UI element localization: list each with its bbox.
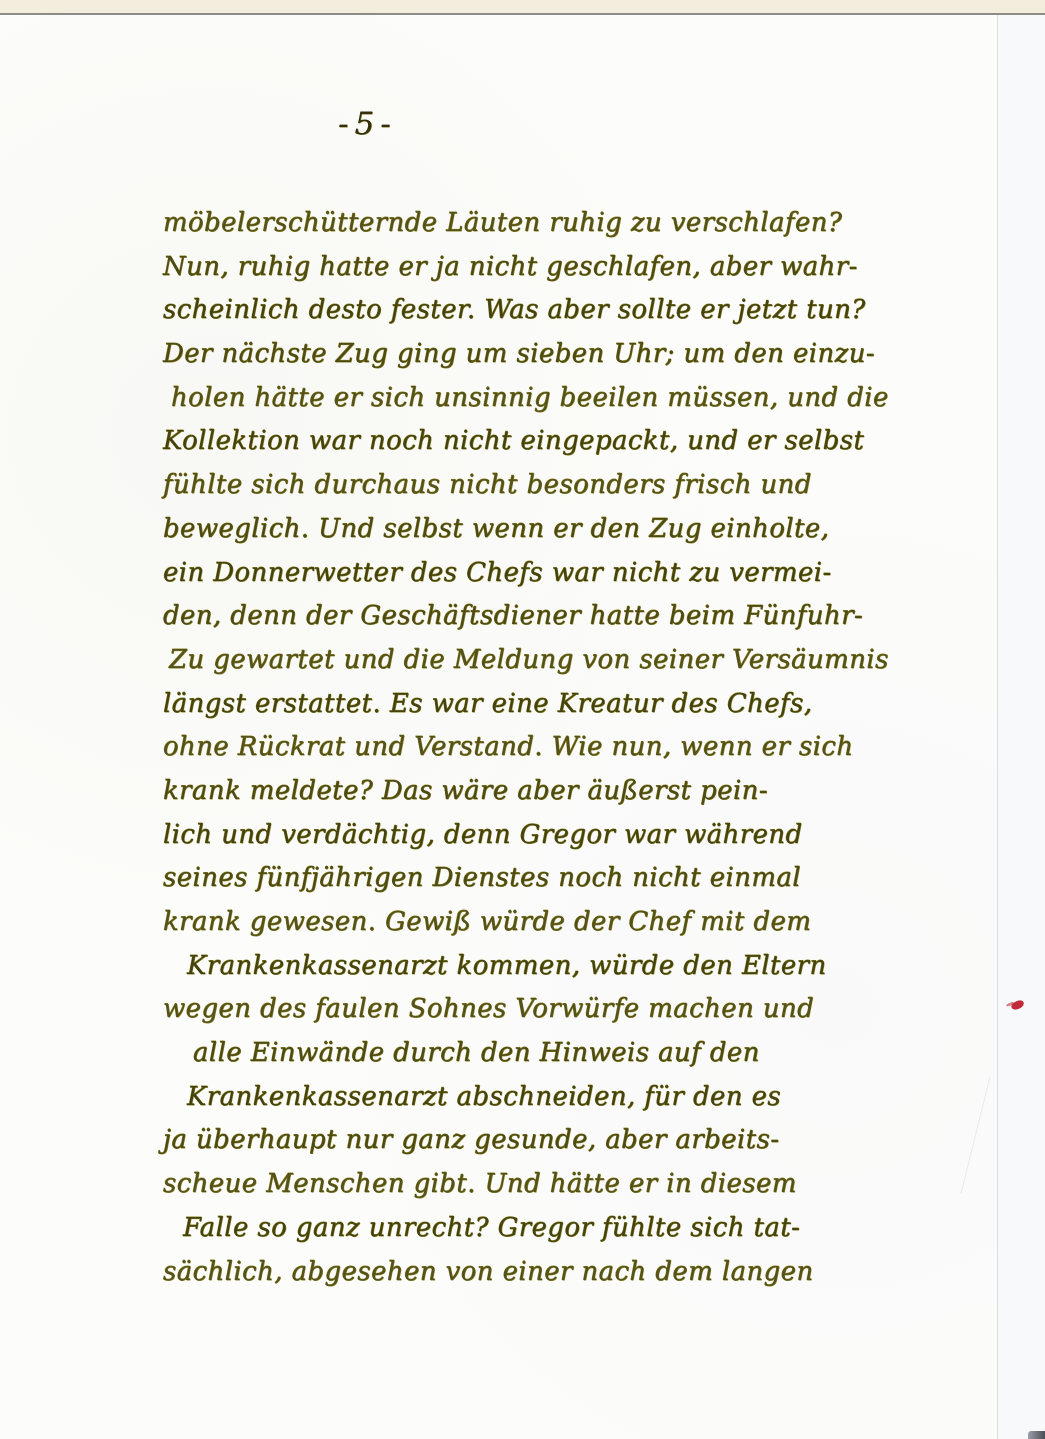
handwritten-line: scheue Menschen gibt. Und hätte er in di… [163, 1163, 868, 1207]
scan-corner-artifact [1028, 1431, 1045, 1439]
paper-right-edge-line [997, 15, 998, 1439]
handwritten-line: längst erstattet. Es war eine Kreatur de… [163, 683, 868, 727]
handwritten-line: Kollektion war noch nicht eingepackt, un… [163, 420, 868, 464]
handwritten-line: Der nächste Zug ging um sieben Uhr; um d… [163, 333, 868, 377]
handwritten-line: lich und verdächtig, denn Gregor war wäh… [163, 814, 868, 858]
handwritten-line: wegen des faulen Sohnes Vorwürfe machen … [163, 988, 868, 1032]
handwritten-line: scheinlich desto fester. Was aber sollte… [163, 289, 868, 333]
handwritten-line: Krankenkassenarzt abschneiden, für den e… [163, 1076, 868, 1120]
page-number: -5- [338, 106, 397, 142]
handwritten-line: holen hätte er sich unsinnig beeilen müs… [163, 377, 868, 421]
handwritten-line: ein Donnerwetter des Chefs war nicht zu … [163, 552, 868, 596]
handwritten-line: beweglich. Und selbst wenn er den Zug ei… [163, 508, 868, 552]
handwritten-text-block: möbelerschütternde Läuten ruhig zu versc… [163, 202, 868, 1294]
scan-top-strip [0, 0, 1045, 13]
handwritten-line: alle Einwände durch den Hinweis auf den [163, 1032, 868, 1076]
handwritten-line: Zu gewartet und die Meldung von seiner V… [163, 639, 868, 683]
handwritten-line: seines fünfjährigen Dienstes noch nicht … [163, 857, 868, 901]
handwritten-line: möbelerschütternde Läuten ruhig zu versc… [163, 202, 868, 246]
paper-speckles [0, 0, 1, 1]
scan-right-margin [998, 15, 1045, 1439]
handwritten-line: krank meldete? Das wäre aber äußerst pei… [163, 770, 868, 814]
scan-top-edge-line [0, 13, 1045, 15]
handwritten-line: ja überhaupt nur ganz gesunde, aber arbe… [163, 1119, 868, 1163]
handwritten-line: ohne Rückrat und Verstand. Wie nun, wenn… [163, 726, 868, 770]
handwritten-line: Falle so ganz unrecht? Gregor fühlte sic… [163, 1207, 868, 1251]
handwritten-line: fühlte sich durchaus nicht besonders fri… [163, 464, 868, 508]
handwritten-line: krank gewesen. Gewiß würde der Chef mit … [163, 901, 868, 945]
handwritten-line: sächlich, abgesehen von einer nach dem l… [163, 1251, 868, 1295]
handwritten-line: den, denn der Geschäftsdiener hatte beim… [163, 595, 868, 639]
handwritten-line: Nun, ruhig hatte er ja nicht geschlafen,… [163, 246, 868, 290]
handwritten-line: Krankenkassenarzt kommen, würde den Elte… [163, 945, 868, 989]
